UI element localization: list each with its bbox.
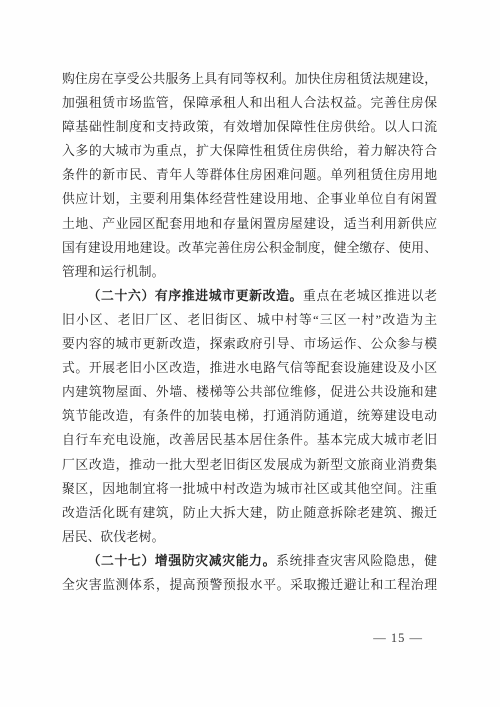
text-line: 障基础性制度和支持政策，有效增加保障性住房供给。以人口流 — [62, 115, 437, 139]
text-line: 居民、砍伐老树。 — [62, 525, 437, 549]
text-line: 全灾害监测体系，提高预警预报水平。采取搬迁避让和工程治理 — [62, 573, 437, 597]
text-line: 聚区，因地制宜将一批城中村改造为城市社区或其他空间。注重 — [62, 477, 437, 501]
text-line: 要内容的城市更新改造，探索政府引导、市场运作、公众参与模 — [62, 332, 437, 356]
text-line: （二十七）增强防灾减灾能力。系统排查灾害风险隐患，健 — [62, 549, 437, 573]
text-line: 旧小区、老旧厂区、老旧街区、城中村等“三区一村”改造为主 — [62, 308, 437, 332]
section-27-first-line-text: 系统排查灾害风险隐患，健 — [276, 554, 437, 568]
text-line: 条件的新市民、青年人等群体住房困难问题。单列租赁住房用地 — [62, 163, 437, 187]
paragraph-continuation: 购住房在享受公共服务上具有同等权利。加快住房租赁法规建设， 加强租赁市场监管，保… — [62, 67, 437, 284]
text-line: 入多的大城市为重点，扩大保障性租赁住房供给，着力解决符合 — [62, 139, 437, 163]
paragraph-section-27: （二十七）增强防灾减灾能力。系统排查灾害风险隐患，健 全灾害监测体系，提高预警预… — [62, 549, 437, 597]
text-line: 自行车充电设施，改善居民基本居住条件。基本完成大城市老旧 — [62, 428, 437, 452]
text-line: 筑节能改造，有条件的加装电梯，打通消防通道，统筹建设电动 — [62, 404, 437, 428]
text-line: 管理和运行机制。 — [62, 260, 437, 284]
text-line: 式。开展老旧小区改造，推进水电路气信等配套设施建设及小区 — [62, 356, 437, 380]
section-heading-26: （二十六）有序推进城市更新改造。 — [88, 289, 303, 303]
paragraph-section-26: （二十六）有序推进城市更新改造。重点在老城区推进以老 旧小区、老旧厂区、老旧街区… — [62, 284, 437, 549]
document-page: 购住房在享受公共服务上具有同等权利。加快住房租赁法规建设， 加强租赁市场监管，保… — [0, 0, 500, 707]
text-line: 厂区改造，推动一批大型老旧街区发展成为新型文旅商业消费集 — [62, 453, 437, 477]
section-heading-27: （二十七）增强防灾减灾能力。 — [88, 554, 277, 568]
text-line: （二十六）有序推进城市更新改造。重点在老城区推进以老 — [62, 284, 437, 308]
page-number: — 15 — — [373, 629, 423, 647]
text-line: 国有建设用地建设。改革完善住房公积金制度，健全缴存、使用、 — [62, 236, 437, 260]
text-line: 改造活化既有建筑，防止大拆大建，防止随意拆除老建筑、搬迁 — [62, 501, 437, 525]
document-body: 购住房在享受公共服务上具有同等权利。加快住房租赁法规建设， 加强租赁市场监管，保… — [62, 67, 437, 597]
text-line: 内建筑物屋面、外墙、楼梯等公共部位维修，促进公共设施和建 — [62, 380, 437, 404]
text-line: 加强租赁市场监管，保障承租人和出租人合法权益。完善住房保 — [62, 91, 437, 115]
section-26-first-line-text: 重点在老城区推进以老 — [303, 289, 437, 303]
text-line: 供应计划，主要利用集体经营性建设用地、企事业单位自有闲置 — [62, 187, 437, 211]
text-line: 土地、产业园区配套用地和存量闲置房屋建设，适当利用新供应 — [62, 212, 437, 236]
text-line: 购住房在享受公共服务上具有同等权利。加快住房租赁法规建设， — [62, 67, 437, 91]
